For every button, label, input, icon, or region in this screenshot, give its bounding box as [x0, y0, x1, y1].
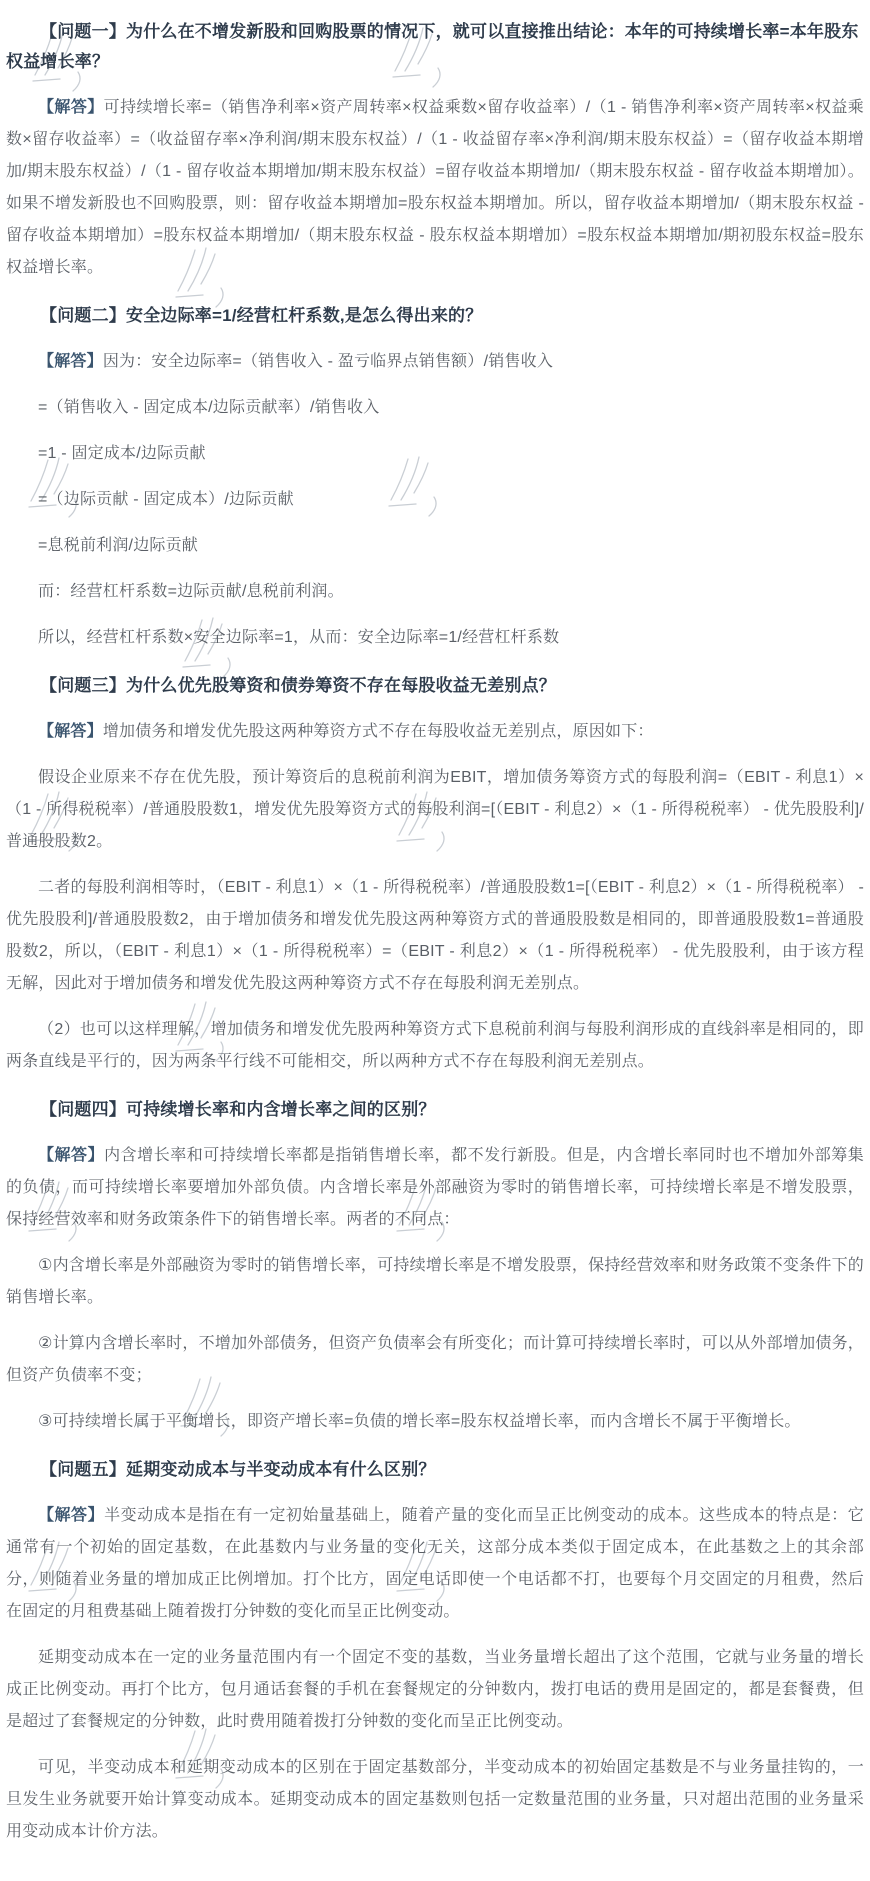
answer-text: ②计算内含增长率时，不增加外部债务，但资产负债率会有所变化；而计算可持续增长率时… [6, 1335, 864, 1384]
answer-text: =（边际贡献 - 固定成本）/边际贡献 [38, 491, 294, 508]
answer-text: =（销售收入 - 固定成本/边际贡献率）/销售收入 [38, 399, 379, 416]
answer-text: 半变动成本是指在有一定初始量基础上，随着产量的变化而呈正比例变动的成本。这些成本… [6, 1507, 864, 1620]
answer-paragraph: =（边际贡献 - 固定成本）/边际贡献 [6, 484, 864, 516]
answer-paragraph: 【解答】半变动成本是指在有一定初始量基础上，随着产量的变化而呈正比例变动的成本。… [6, 1500, 864, 1628]
question-3-heading: 【问题三】为什么优先股筹资和债券筹资不存在每股收益无差别点？ [6, 671, 864, 701]
answer-paragraph: 假设企业原来不存在优先股，预计筹资后的息税前利润为EBIT，增加债务筹资方式的每… [6, 762, 864, 858]
answer-text: （2）也可以这样理解，增加债务和增发优先股两种筹资方式下息税前利润与每股利润形成… [6, 1021, 864, 1070]
answer-label: 【解答】 [38, 1507, 104, 1524]
answer-paragraph: 【解答】内含增长率和可持续增长率都是指销售增长率，都不发行新股。但是，内含增长率… [6, 1140, 864, 1236]
answer-text: 二者的每股利润相等时，（EBIT - 利息1）×（1 - 所得税税率）/普通股股… [6, 879, 864, 992]
answer-text: 因为：安全边际率=（销售收入 - 盈亏临界点销售额）/销售收入 [103, 353, 553, 370]
answer-paragraph: ③可持续增长属于平衡增长，即资产增长率=负债的增长率=股东权益增长率，而内含增长… [6, 1406, 864, 1438]
answer-text: ③可持续增长属于平衡增长，即资产增长率=负债的增长率=股东权益增长率，而内含增长… [38, 1413, 801, 1430]
answer-paragraph: （2）也可以这样理解，增加债务和增发优先股两种筹资方式下息税前利润与每股利润形成… [6, 1014, 864, 1078]
answer-paragraph: 二者的每股利润相等时，（EBIT - 利息1）×（1 - 所得税税率）/普通股股… [6, 872, 864, 1000]
answer-paragraph: 可见，半变动成本和延期变动成本的区别在于固定基数部分，半变动成本的初始固定基数是… [6, 1752, 864, 1848]
answer-text: 内含增长率和可持续增长率都是指销售增长率，都不发行新股。但是，内含增长率同时也不… [6, 1147, 864, 1228]
answer-text: 假设企业原来不存在优先股，预计筹资后的息税前利润为EBIT，增加债务筹资方式的每… [6, 769, 864, 850]
answer-paragraph: 【解答】可持续增长率=（销售净利率×资产周转率×权益乘数×留存收益率）/（1 -… [6, 92, 864, 284]
answer-paragraph: =息税前利润/边际贡献 [6, 530, 864, 562]
answer-text: 可持续增长率=（销售净利率×资产周转率×权益乘数×留存收益率）/（1 - 销售净… [6, 99, 864, 276]
answer-text: =息税前利润/边际贡献 [38, 537, 198, 554]
question-1-heading: 【问题一】为什么在不增发新股和回购股票的情况下，就可以直接推出结论：本年的可持续… [6, 17, 864, 77]
answer-paragraph: 而：经营杠杆系数=边际贡献/息税前利润。 [6, 576, 864, 608]
answer-paragraph: 所以，经营杠杆系数×安全边际率=1，从而：安全边际率=1/经营杠杆系数 [6, 622, 864, 654]
answer-paragraph: =（销售收入 - 固定成本/边际贡献率）/销售收入 [6, 392, 864, 424]
answer-text: 延期变动成本在一定的业务量范围内有一个固定不变的基数，当业务量增长超出了这个范围… [6, 1649, 864, 1730]
answer-paragraph: ②计算内含增长率时，不增加外部债务，但资产负债率会有所变化；而计算可持续增长率时… [6, 1328, 864, 1392]
answer-label: 【解答】 [38, 99, 104, 116]
answer-paragraph: =1 - 固定成本/边际贡献 [6, 438, 864, 470]
answer-label: 【解答】 [38, 353, 103, 370]
question-4-heading: 【问题四】可持续增长率和内含增长率之间的区别？ [6, 1095, 864, 1125]
qa-document: 【问题一】为什么在不增发新股和回购股票的情况下，就可以直接推出结论：本年的可持续… [0, 17, 870, 1848]
answer-label: 【解答】 [38, 1147, 104, 1164]
answer-paragraph: 【解答】因为：安全边际率=（销售收入 - 盈亏临界点销售额）/销售收入 [6, 346, 864, 378]
question-2-heading: 【问题二】安全边际率=1/经营杠杆系数,是怎么得出来的？ [6, 301, 864, 331]
answer-text: 而：经营杠杆系数=边际贡献/息税前利润。 [38, 583, 344, 600]
answer-text: =1 - 固定成本/边际贡献 [38, 445, 206, 462]
answer-text: 可见，半变动成本和延期变动成本的区别在于固定基数部分，半变动成本的初始固定基数是… [6, 1759, 864, 1840]
answer-paragraph: ①内含增长率是外部融资为零时的销售增长率，可持续增长率是不增发股票，保持经营效率… [6, 1250, 864, 1314]
answer-label: 【解答】 [38, 723, 103, 740]
answer-paragraph: 延期变动成本在一定的业务量范围内有一个固定不变的基数，当业务量增长超出了这个范围… [6, 1642, 864, 1738]
answer-text: 所以，经营杠杆系数×安全边际率=1，从而：安全边际率=1/经营杠杆系数 [38, 629, 559, 646]
answer-text: 增加债务和增发优先股这两种筹资方式不存在每股收益无差别点，原因如下： [103, 723, 654, 740]
question-5-heading: 【问题五】延期变动成本与半变动成本有什么区别？ [6, 1455, 864, 1485]
answer-text: ①内含增长率是外部融资为零时的销售增长率，可持续增长率是不增发股票，保持经营效率… [6, 1257, 864, 1306]
answer-paragraph: 【解答】增加债务和增发优先股这两种筹资方式不存在每股收益无差别点，原因如下： [6, 716, 864, 748]
